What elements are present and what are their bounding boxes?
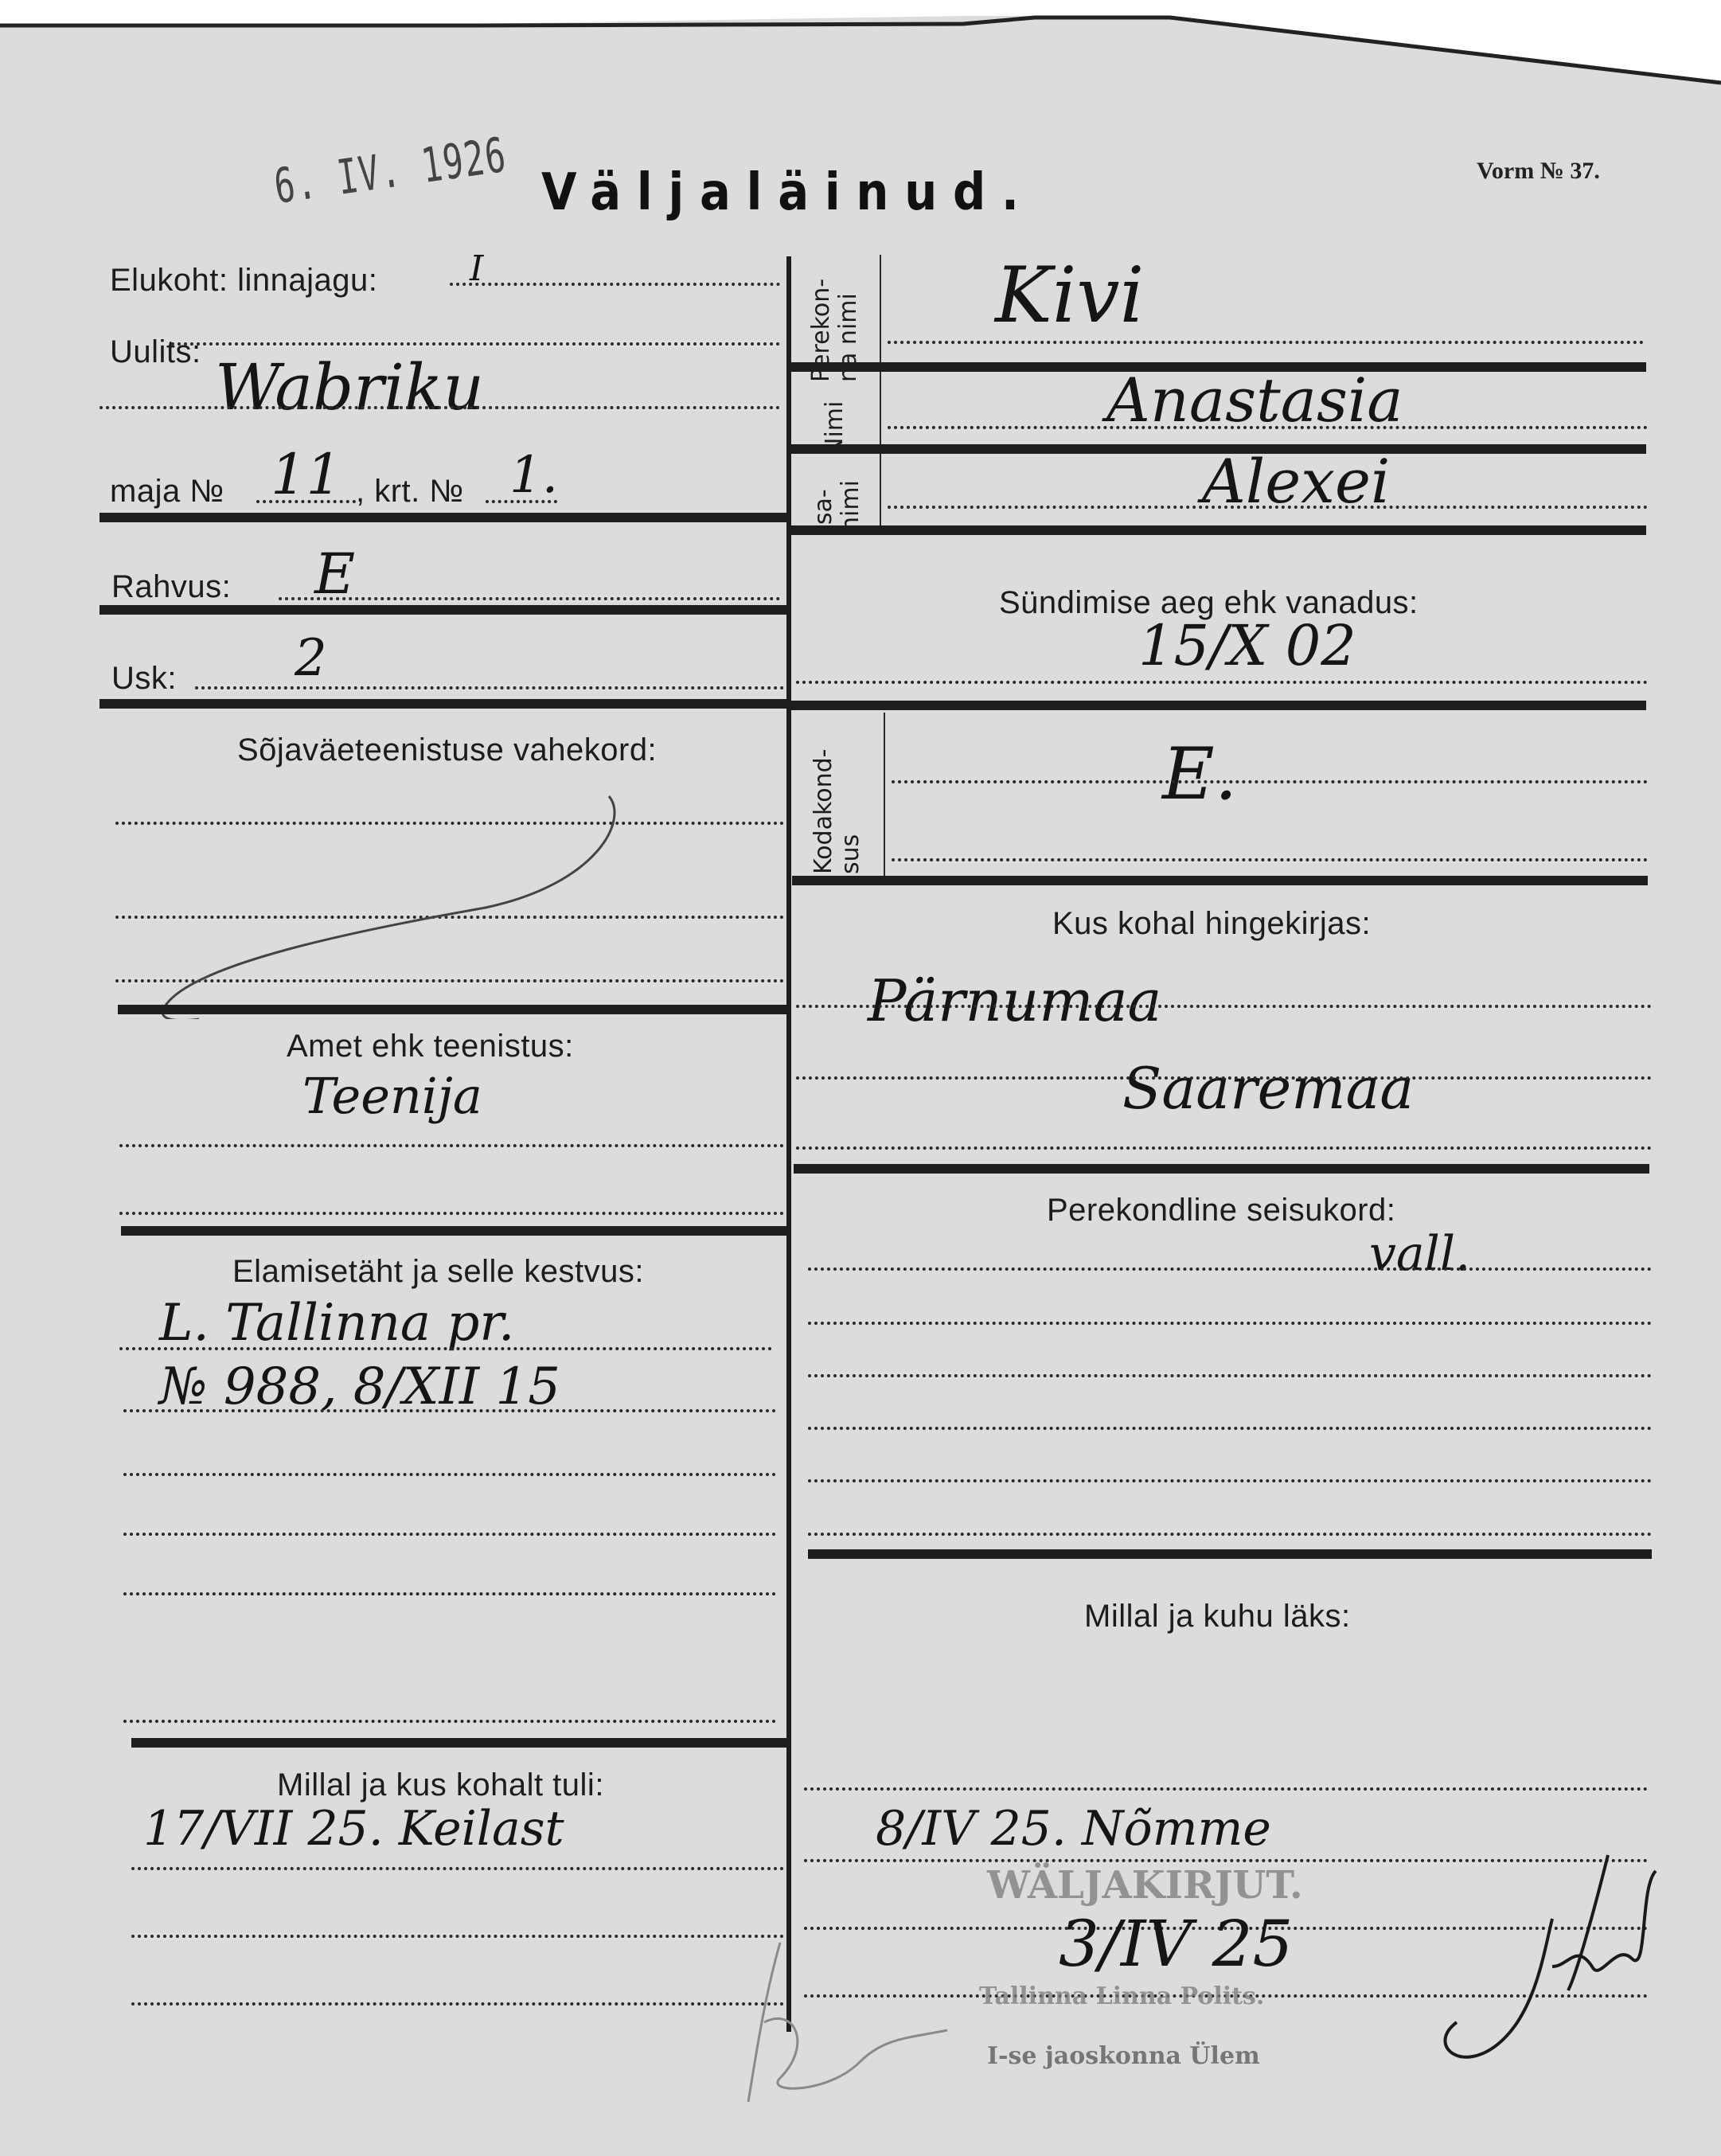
- section-rule: [794, 1164, 1649, 1174]
- label-divider: [884, 713, 885, 881]
- label-uulits: Uulits:: [110, 334, 201, 370]
- label-divider: [880, 455, 881, 533]
- value-rahvus[interactable]: E: [314, 541, 355, 607]
- value-kodakondsus[interactable]: E.: [1162, 732, 1237, 816]
- dotted-line: [808, 1374, 1652, 1377]
- dotted-line: [123, 1720, 776, 1723]
- label-perekondline: Perekondline seisukord:: [1047, 1193, 1395, 1228]
- value-maja[interactable]: 11: [271, 442, 341, 507]
- dotted-line: [131, 2002, 784, 2006]
- dotted-line: [796, 1076, 1652, 1080]
- dotted-line: [119, 1212, 784, 1215]
- section-rule: [100, 699, 790, 709]
- dotted-line: [888, 506, 1648, 509]
- label-elamisetaht: Elamisetäht ja selle kestvus:: [232, 1254, 644, 1290]
- strike-through-scribble: [151, 788, 645, 1019]
- dotted-line: [119, 1144, 784, 1147]
- section-rule: [790, 525, 1646, 535]
- label-divider: [880, 255, 881, 374]
- value-uulits[interactable]: Wabriku: [215, 350, 484, 424]
- dotted-line: [808, 1479, 1652, 1482]
- label-sojavaeteenistus: Sõjaväeteenistuse vahekord:: [237, 732, 657, 768]
- dotted-line: [796, 1146, 1652, 1150]
- label-krt: , krt. №: [356, 474, 464, 510]
- dotted-line: [119, 1347, 772, 1350]
- section-rule: [790, 701, 1646, 710]
- office-stamp-line1: WÄLJAKIRJUT.: [987, 1863, 1303, 1908]
- dotted-line: [100, 406, 780, 409]
- value-perekonnanimi[interactable]: Kivi: [995, 251, 1144, 340]
- value-laks[interactable]: 8/IV 25. Nõmme: [876, 1801, 1271, 1857]
- office-stamp-line2: Tallinna Linna Polits.: [979, 1982, 1264, 2010]
- section-rule: [792, 876, 1648, 885]
- value-hingekiri-line1[interactable]: Pärnumaa: [868, 967, 1161, 1034]
- section-rule: [808, 1549, 1652, 1559]
- form-title: Väljaläinud.: [541, 163, 1035, 222]
- label-maja: maja №: [110, 474, 224, 510]
- section-rule: [100, 605, 790, 615]
- dotted-line: [131, 1935, 784, 1938]
- section-rule: [131, 1738, 786, 1748]
- dotted-line: [123, 1409, 776, 1412]
- form-number: Vorm № 37.: [1477, 158, 1600, 185]
- faded-signature: [716, 1927, 955, 2110]
- dotted-line: [888, 426, 1648, 429]
- label-laks: Millal ja kuhu läks:: [1084, 1599, 1351, 1635]
- dotted-line: [796, 1005, 1652, 1008]
- center-divider: [786, 256, 791, 2032]
- section-rule: [118, 1005, 790, 1014]
- official-signature: [1353, 1839, 1688, 2078]
- label-amet: Amet ehk teenistus:: [287, 1029, 574, 1064]
- label-tuli: Millal ja kus kohalt tuli:: [277, 1767, 604, 1803]
- dotted-line: [804, 1787, 1648, 1791]
- label-hingekiri: Kus kohal hingekirjas:: [1052, 906, 1371, 942]
- dotted-line: [808, 1267, 1652, 1271]
- signoff-date: 3/IV 25: [1059, 1907, 1293, 1981]
- value-krt[interactable]: 1.: [509, 446, 558, 505]
- value-perekondline[interactable]: vall.: [1369, 1226, 1470, 1282]
- dotted-line: [796, 681, 1648, 684]
- label-isanimi: Isa- nimi: [810, 480, 864, 532]
- value-tuli[interactable]: 17/VII 25. Keilast: [143, 1801, 564, 1857]
- section-rule: [121, 1226, 790, 1236]
- dotted-line: [195, 686, 784, 689]
- office-stamp-line3: I-se jaoskonna Ülem: [987, 2042, 1260, 2070]
- value-usk[interactable]: 2: [295, 629, 327, 688]
- value-linnajagu[interactable]: I: [470, 248, 483, 289]
- dotted-line: [131, 1867, 784, 1870]
- value-nimi[interactable]: Anastasia: [1106, 365, 1403, 435]
- dotted-line: [808, 1427, 1652, 1430]
- value-hingekiri-line2[interactable]: Saaremaa: [1122, 1055, 1414, 1122]
- label-rahvus: Rahvus:: [111, 569, 231, 605]
- value-sundimine[interactable]: 15/X 02: [1138, 613, 1356, 678]
- label-isanimi-line2: nimi: [837, 480, 864, 532]
- section-rule: [100, 513, 790, 522]
- label-kodakondsus: Kodakond- sus: [810, 749, 864, 875]
- dotted-line: [888, 341, 1644, 344]
- value-elamisetaht-line2[interactable]: № 988, 8/XII 15: [159, 1357, 560, 1416]
- value-amet[interactable]: Teenija: [302, 1067, 482, 1125]
- dotted-line: [808, 1322, 1652, 1325]
- dotted-line: [123, 1533, 776, 1536]
- dotted-line: [892, 780, 1648, 783]
- label-isanimi-line1: Isa-: [810, 480, 837, 532]
- dotted-line: [808, 1533, 1652, 1536]
- dotted-line: [123, 1473, 776, 1476]
- label-kodakondsus-line1: Kodakond-: [810, 749, 837, 875]
- label-usk: Usk:: [111, 661, 177, 697]
- dotted-line: [123, 1592, 776, 1596]
- dotted-line: [171, 342, 780, 346]
- dotted-line: [892, 858, 1648, 861]
- value-elamisetaht-line1[interactable]: L. Tallinna pr.: [159, 1294, 514, 1353]
- label-elukoht: Elukoht: linnajagu:: [110, 263, 377, 299]
- dotted-line: [450, 283, 780, 286]
- label-kodakondsus-line2: sus: [837, 749, 864, 875]
